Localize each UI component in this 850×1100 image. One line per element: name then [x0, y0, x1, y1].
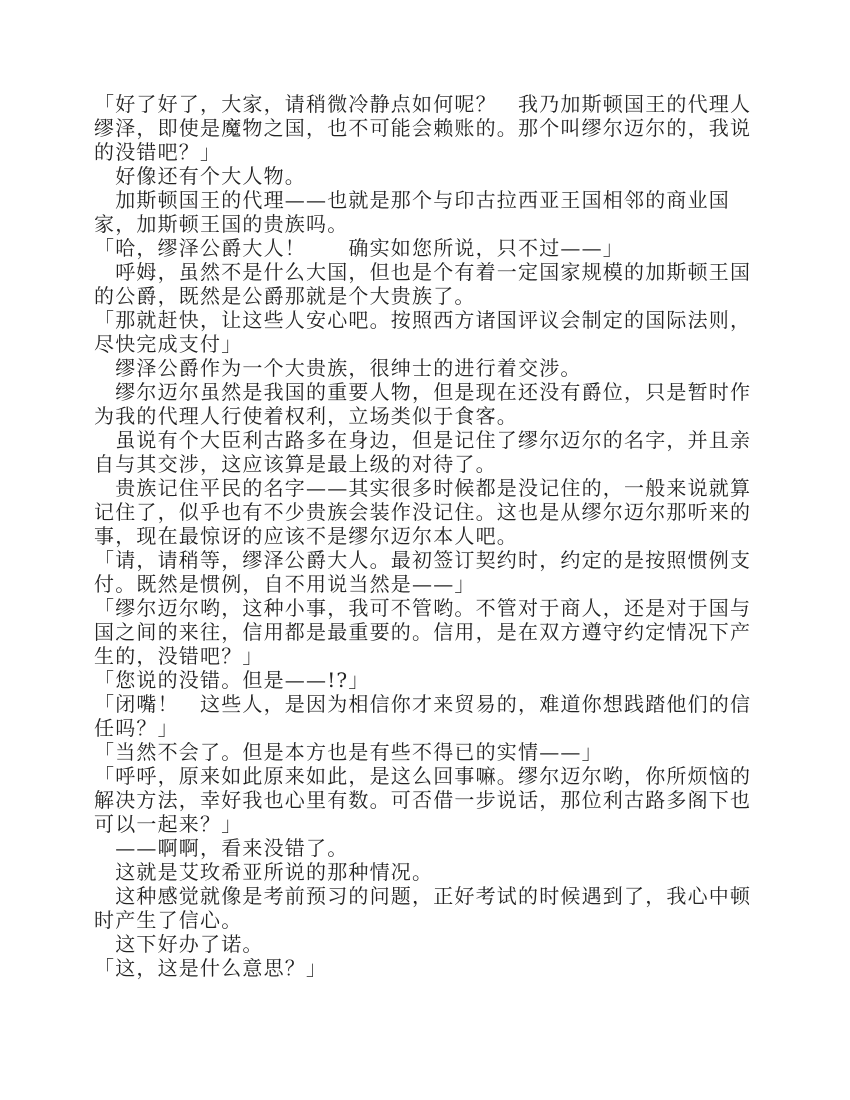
text-line: 贵族记住平民的名字——其实很多时候都是没记住的，一般来说就算	[94, 476, 766, 500]
text-line: 「请，请稍等，缪泽公爵大人。最初签订契约时，约定的是按照惯例支	[94, 548, 766, 572]
text-line: 「缪尔迈尔哟，这种小事，我可不管哟。不管对于商人，还是对于国与	[94, 596, 766, 620]
text-line: 国之间的来往，信用都是最重要的。信用，是在双方遵守约定情况下产	[94, 620, 766, 644]
page: 「好了好了，大家，请稍微冷静点如何呢？ 我乃加斯顿国王的代理人缪泽，即使是魔物之…	[0, 0, 850, 1100]
text-line: 虽说有个大臣利古路多在身边，但是记住了缪尔迈尔的名字，并且亲	[94, 428, 766, 452]
text-line: 「这，这是什么意思？」	[94, 956, 766, 980]
text-line: 加斯顿国王的代理——也就是那个与印古拉西亚王国相邻的商业国	[94, 188, 766, 212]
text-line: 这下好办了诺。	[94, 932, 766, 956]
text-line: 的公爵，既然是公爵那就是个大贵族了。	[94, 284, 766, 308]
text-line: 生的，没错吧？」	[94, 644, 766, 668]
text-line: 这种感觉就像是考前预习的问题，正好考试的时候遇到了，我心中顿	[94, 884, 766, 908]
text-line: 这就是艾玫希亚所说的那种情况。	[94, 860, 766, 884]
text-line: 尽快完成支付」	[94, 332, 766, 356]
text-line: 解决方法，幸好我也心里有数。可否借一步说话，那位利古路多阁下也	[94, 788, 766, 812]
text-line: 自与其交涉，这应该算是最上级的对待了。	[94, 452, 766, 476]
text-line: 付。既然是惯例，自不用说当然是——」	[94, 572, 766, 596]
text-line: 缪泽公爵作为一个大贵族，很绅士的进行着交涉。	[94, 356, 766, 380]
text-line: 「好了好了，大家，请稍微冷静点如何呢？ 我乃加斯顿国王的代理人	[94, 92, 766, 116]
text-line: 「哈，缪泽公爵大人！ 确实如您所说，只不过——」	[94, 236, 766, 260]
text-line: 家，加斯顿王国的贵族吗。	[94, 212, 766, 236]
text-line: 「闭嘴！ 这些人，是因为相信你才来贸易的，难道你想践踏他们的信	[94, 692, 766, 716]
text-line: 缪尔迈尔虽然是我国的重要人物，但是现在还没有爵位，只是暂时作	[94, 380, 766, 404]
text-line: 「那就赶快，让这些人安心吧。按照西方诸国评议会制定的国际法则，	[94, 308, 766, 332]
text-line: 「呼呼，原来如此原来如此，是这么回事嘛。缪尔迈尔哟，你所烦恼的	[94, 764, 766, 788]
text-line: 「当然不会了。但是本方也是有些不得已的实情——」	[94, 740, 766, 764]
text-line: 缪泽，即使是魔物之国，也不可能会赖账的。那个叫缪尔迈尔的，我说	[94, 116, 766, 140]
text-line: 可以一起来？」	[94, 812, 766, 836]
text-line: 为我的代理人行使着权利，立场类似于食客。	[94, 404, 766, 428]
text-line: ——啊啊，看来没错了。	[94, 836, 766, 860]
text-line: 「您说的没错。但是——!?」	[94, 668, 766, 692]
text-line: 事，现在最惊讶的应该不是缪尔迈尔本人吧。	[94, 524, 766, 548]
text-line: 呼姆，虽然不是什么大国，但也是个有着一定国家规模的加斯顿王国	[94, 260, 766, 284]
novel-text-block: 「好了好了，大家，请稍微冷静点如何呢？ 我乃加斯顿国王的代理人缪泽，即使是魔物之…	[94, 92, 766, 980]
text-line: 的没错吧？」	[94, 140, 766, 164]
text-line: 任吗？」	[94, 716, 766, 740]
text-line: 记住了，似乎也有不少贵族会装作没记住。这也是从缪尔迈尔那听来的	[94, 500, 766, 524]
text-line: 好像还有个大人物。	[94, 164, 766, 188]
text-line: 时产生了信心。	[94, 908, 766, 932]
